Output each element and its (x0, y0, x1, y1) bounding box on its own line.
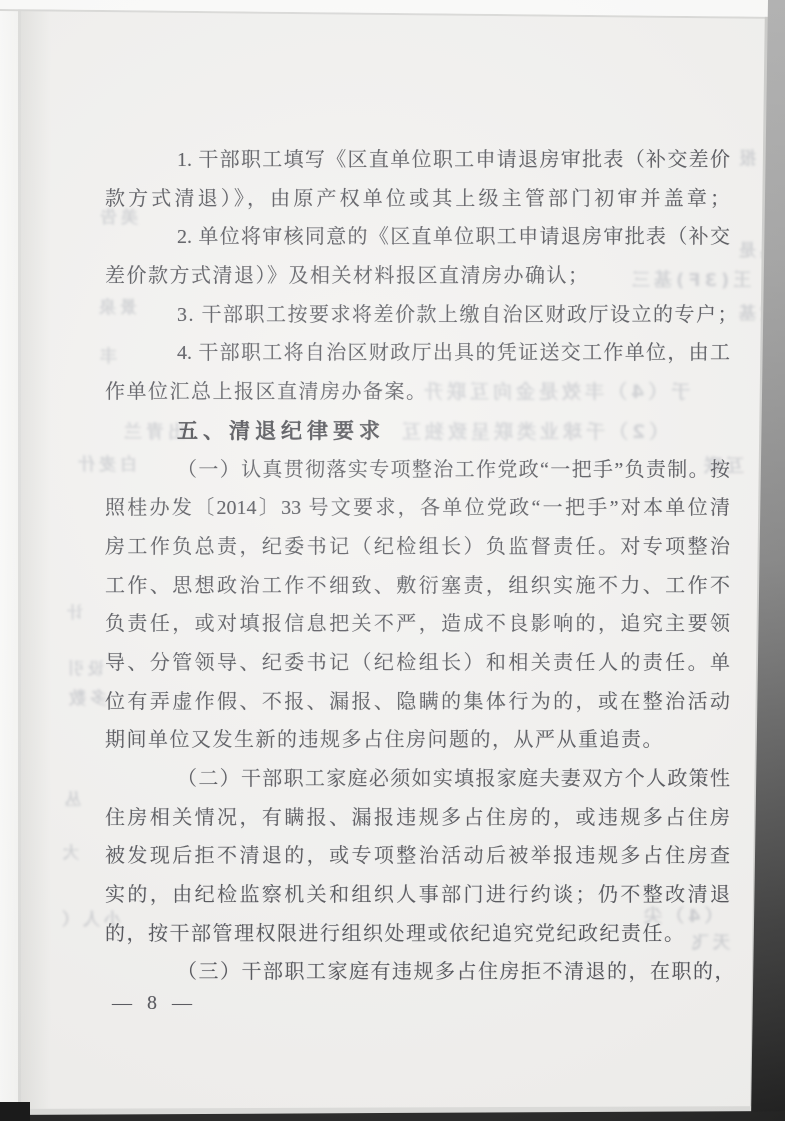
text-line: 导、分管领导、纪委书记（纪检组长）和相关责任人的责任。单 (105, 644, 730, 683)
text-line: 负责任，或对填报信息把关不严，造成不良影响的，追究主要领 (105, 605, 730, 644)
page-left-edge-seam (18, 0, 21, 1107)
section-heading: 五、清退纪律要求 (105, 412, 730, 451)
bleedthrough-artifact: 计 (63, 600, 83, 623)
text-line: 4. 干部职工将自治区财政厅出具的凭证送交工作单位，由工 (105, 334, 730, 373)
text-line: 的，按干部管理权限进行组织处理或依纪追究党纪政纪责任。 (105, 915, 730, 954)
text-line: （一）认真贯彻落实专项整治工作党政“一把手”负责制。按 (105, 451, 730, 490)
text-line: 作单位汇总上报区直清房办备案。 (105, 373, 730, 412)
bleedthrough-artifact: 丛 (61, 787, 81, 810)
bleedthrough-artifact: 报 (735, 144, 756, 169)
page-number: — 8 — (112, 992, 197, 1015)
text-line: 位有弄虚作假、不报、漏报、隐瞒的集体行为的，或在整治活动 (105, 683, 730, 722)
page-left-shading (21, 0, 51, 1121)
text-line: 3. 干部职工按要求将差价款上缴自治区财政厅设立的专户； (105, 296, 730, 335)
bleedthrough-artifact: 大 (59, 840, 79, 863)
text-line: 房工作负总责，纪委书记（纪检组长）负监督责任。对专项整治 (105, 528, 730, 567)
scanner-left-margin (0, 0, 18, 1121)
text-line: 被发现后拒不清退的，或专项整治活动后被举报违规多占住房查 (105, 837, 730, 876)
text-line: 工作、思想政治工作不细致、敷衍塞责，组织实施不力、工作不 (105, 567, 730, 606)
text-line: （三）干部职工家庭有违规多占住房拒不清退的，在职的， (105, 953, 730, 992)
scanner-corner-block (0, 1102, 30, 1121)
text-line: 照桂办发〔2014〕33 号文要求，各单位党政“一把手”对本单位清 (105, 489, 730, 528)
document-text: 1. 干部职工填写《区直单位职工申请退房审批表（补交差价款方式清退）》，由原产权… (105, 141, 730, 992)
scanned-document-page: 报美告具是王(3F)基三景泉黄基丰于（4）丰效是金向互联升（2）千球业类联呈致独… (0, 0, 785, 1121)
text-line: 1. 干部职工填写《区直单位职工申请退房审批表（补交差价 (105, 141, 730, 180)
bleedthrough-artifact: 多数 (65, 684, 107, 709)
text-line: （二）干部职工家庭必须如实填报家庭夫妻双方个人政策性 (105, 760, 730, 799)
bleedthrough-artifact: 设引 (64, 656, 104, 679)
text-line: 期间单位又发生新的违规多占住房问题的，从严从重追责。 (105, 721, 730, 760)
text-line: 差价款方式清退）》及相关材料报区直清房办确认； (105, 257, 730, 296)
text-line: 款方式清退）》，由原产权单位或其上级主管部门初审并盖章； (105, 180, 730, 219)
text-line: 2. 单位将审核同意的《区直单位职工申请退房审批表（补交 (105, 218, 730, 257)
text-line: 实的，由纪检监察机关和组织人事部门进行约谈；仍不整改清退 (105, 876, 730, 915)
text-line: 住房相关情况，有瞒报、漏报违规多占住房的，或违规多占住房 (105, 799, 730, 838)
